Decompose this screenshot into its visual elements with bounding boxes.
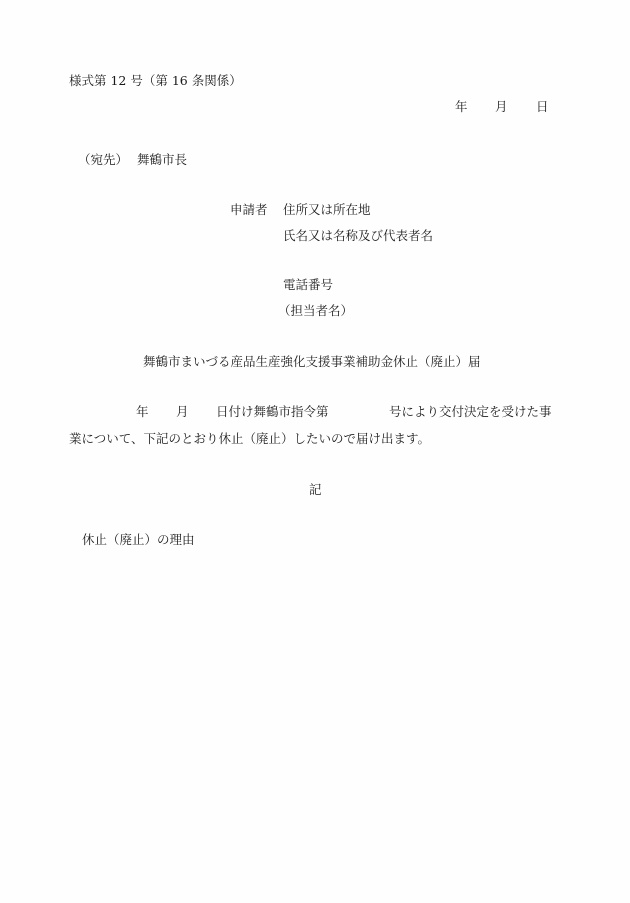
date-day: 日 xyxy=(536,101,549,114)
name-label: 氏名又は名称及び代表者名 xyxy=(283,230,433,243)
body-year: 年 xyxy=(136,406,149,419)
addressee-name: 舞鶴市長 xyxy=(137,154,187,167)
date-year: 年 xyxy=(455,101,468,114)
body-line1-end: 号により交付決定を受けた事 xyxy=(389,406,552,419)
body-month: 月 xyxy=(176,406,189,419)
addressee-prefix: （宛先） xyxy=(78,154,128,167)
address-label: 住所又は所在地 xyxy=(283,204,371,217)
body-line2: 業について、下記のとおり休止（廃止）したいので届け出ます。 xyxy=(69,433,430,446)
reason-label: 休止（廃止）の理由 xyxy=(82,534,195,547)
contact-label: （担当者名） xyxy=(278,305,353,318)
applicant-label: 申請者 xyxy=(230,204,268,217)
form-number: 様式第 12 号（第 16 条関係） xyxy=(69,75,242,88)
document-title: 舞鶴市まいづる産品生産強化支援事業補助金休止（廃止）届 xyxy=(143,356,481,369)
phone-label: 電話番号 xyxy=(283,279,333,292)
body-line1-mid: 日付け舞鶴市指令第 xyxy=(216,406,329,419)
ki-heading: 記 xyxy=(309,484,322,497)
date-month: 月 xyxy=(495,101,508,114)
